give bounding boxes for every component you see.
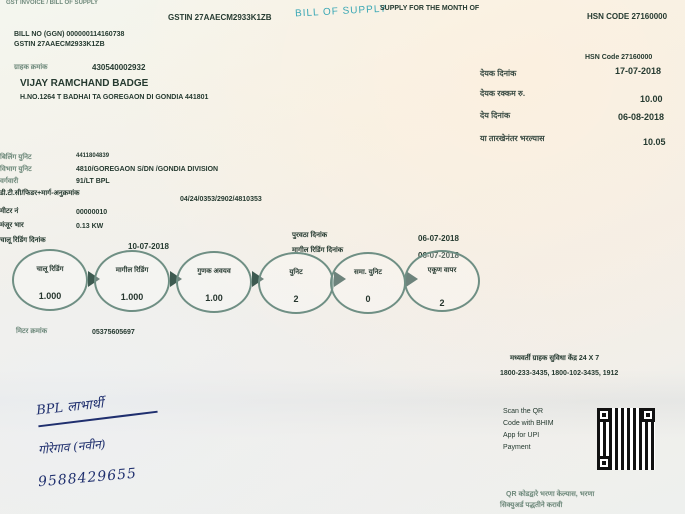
detail-label-0: बिलिंग युनिट: [0, 153, 32, 162]
consumer-number: 430540002932: [92, 63, 145, 72]
bill-number: BILL NO (GGN) 000000114160738: [14, 31, 124, 38]
footer-note-line-1: QR कोडद्वारे भरणा केल्यास, भरणा: [506, 490, 594, 499]
qr-text-line-2: Code with BHIM: [503, 420, 554, 427]
gstin: GSTIN 27AAECM2933K1ZB: [14, 41, 105, 48]
due-date: 06-08-2018: [618, 112, 664, 122]
detail-label-3: डी.टी.सी/फिडर+मार्ग-अनुक्रमांक: [0, 189, 79, 198]
top-faint-header: GST INVOICE / BILL OF SUPPLY: [6, 0, 98, 6]
step-label: युनिट: [260, 268, 332, 277]
step-label: गुणक अवयव: [178, 267, 250, 276]
step-units: युनिट 2: [258, 252, 334, 314]
step-previous-reading: मागील रिडिंग 1.000: [94, 250, 170, 312]
bill-amount-label: देयक रक्कम रु.: [480, 88, 525, 99]
step-label: एकूण वापर: [406, 266, 478, 275]
supply-month: SUPPLY FOR THE MONTH OF: [380, 5, 479, 12]
current-reading-date-label: चालू रिडिंग दिनांक: [0, 236, 46, 245]
bill-of-supply-stamp: BILL OF SUPPLY: [295, 4, 388, 20]
meter-number-label: मिटर क्रमांक: [16, 327, 47, 336]
detail-value-5: 0.13 KW: [76, 223, 103, 230]
step-value: 2: [260, 294, 332, 304]
qr-text-line-3: App for UPI: [503, 432, 539, 439]
qr-finder-icon: [641, 408, 655, 422]
late-amount-label: या तारखेनंतर भरल्यास: [480, 133, 545, 144]
detail-value-2: 91/LT BPL: [76, 178, 110, 185]
helpline-numbers: 1800-233-3435, 1800-102-3435, 1912: [500, 370, 618, 377]
consumer-name: VIJAY RAMCHAND BADGE: [20, 78, 148, 89]
gstin-header: GSTIN 27AAECM2933K1ZB: [168, 13, 272, 22]
footer-note-line-2: सिक्युअर्ड पद्धतीने करावी: [500, 501, 562, 510]
due-date-label: देय दिनांक: [480, 110, 510, 121]
handwritten-line-1: BPL लाभार्थी: [35, 394, 104, 419]
supply-date: 06-07-2018: [418, 234, 459, 243]
step-label: समा. युनिट: [332, 268, 404, 277]
meter-number: 05375605697: [92, 329, 135, 336]
hsn-code-top: HSN CODE 27160000: [587, 12, 667, 21]
qr-finder-icon: [597, 456, 611, 470]
bill-date: 17-07-2018: [615, 66, 661, 76]
detail-value-4: 00000010: [76, 209, 107, 216]
handwritten-line-3: 9588429655: [37, 466, 137, 491]
step-current-reading: चालू रिडिंग 1.000: [12, 249, 88, 311]
qr-text-line-1: Scan the QR: [503, 408, 543, 415]
qr-code-icon[interactable]: [597, 408, 655, 470]
bill-amount: 10.00: [640, 94, 663, 104]
step-label: मागील रिडिंग: [96, 266, 168, 275]
detail-label-1: विभाग युनिट: [0, 165, 32, 174]
late-amount: 10.05: [643, 137, 666, 147]
qr-text-line-4: Payment: [503, 444, 531, 451]
step-value: 2: [406, 298, 478, 308]
bill-date-label: देयक दिनांक: [480, 68, 516, 79]
detail-value-0: 4411804839: [76, 153, 109, 159]
step-adjusted-units: समा. युनिट 0: [330, 252, 406, 314]
detail-value-1: 4810/GOREGAON S/DN /GONDIA DIVISION: [76, 166, 218, 173]
step-value: 1.000: [14, 291, 86, 301]
detail-label-4: मीटर नं: [0, 207, 18, 216]
step-total-usage: एकूण वापर 2: [404, 250, 480, 312]
step-value: 0: [332, 294, 404, 304]
supply-date-label: पुरवठा दिनांक: [292, 231, 327, 240]
handwritten-line-2: गोरेगाव (नवीन): [37, 435, 106, 458]
detail-label-5: मंजूर भार: [0, 221, 24, 230]
reading-flow: चालू रिडिंग 1.000 मागील रिडिंग 1.000 गुण…: [8, 247, 488, 315]
helpline-title: मध्यवर्ती ग्राहक सुविधा केंद्र 24 X 7: [510, 354, 599, 363]
detail-value-3: 04/24/0353/2902/4810353: [180, 196, 262, 203]
hsn-code: HSN Code 27160000: [585, 54, 652, 61]
step-value: 1.00: [178, 293, 250, 303]
step-multiplier: गुणक अवयव 1.00: [176, 251, 252, 313]
step-label: चालू रिडिंग: [14, 265, 86, 274]
consumer-number-label: ग्राहक क्रमांक: [14, 63, 48, 72]
consumer-address: H.NO.1264 T BADHAI TA GOREGAON DI GONDIA…: [20, 94, 208, 101]
qr-finder-icon: [597, 408, 611, 422]
step-value: 1.000: [96, 292, 168, 302]
detail-label-2: वर्गवारी: [0, 177, 18, 186]
